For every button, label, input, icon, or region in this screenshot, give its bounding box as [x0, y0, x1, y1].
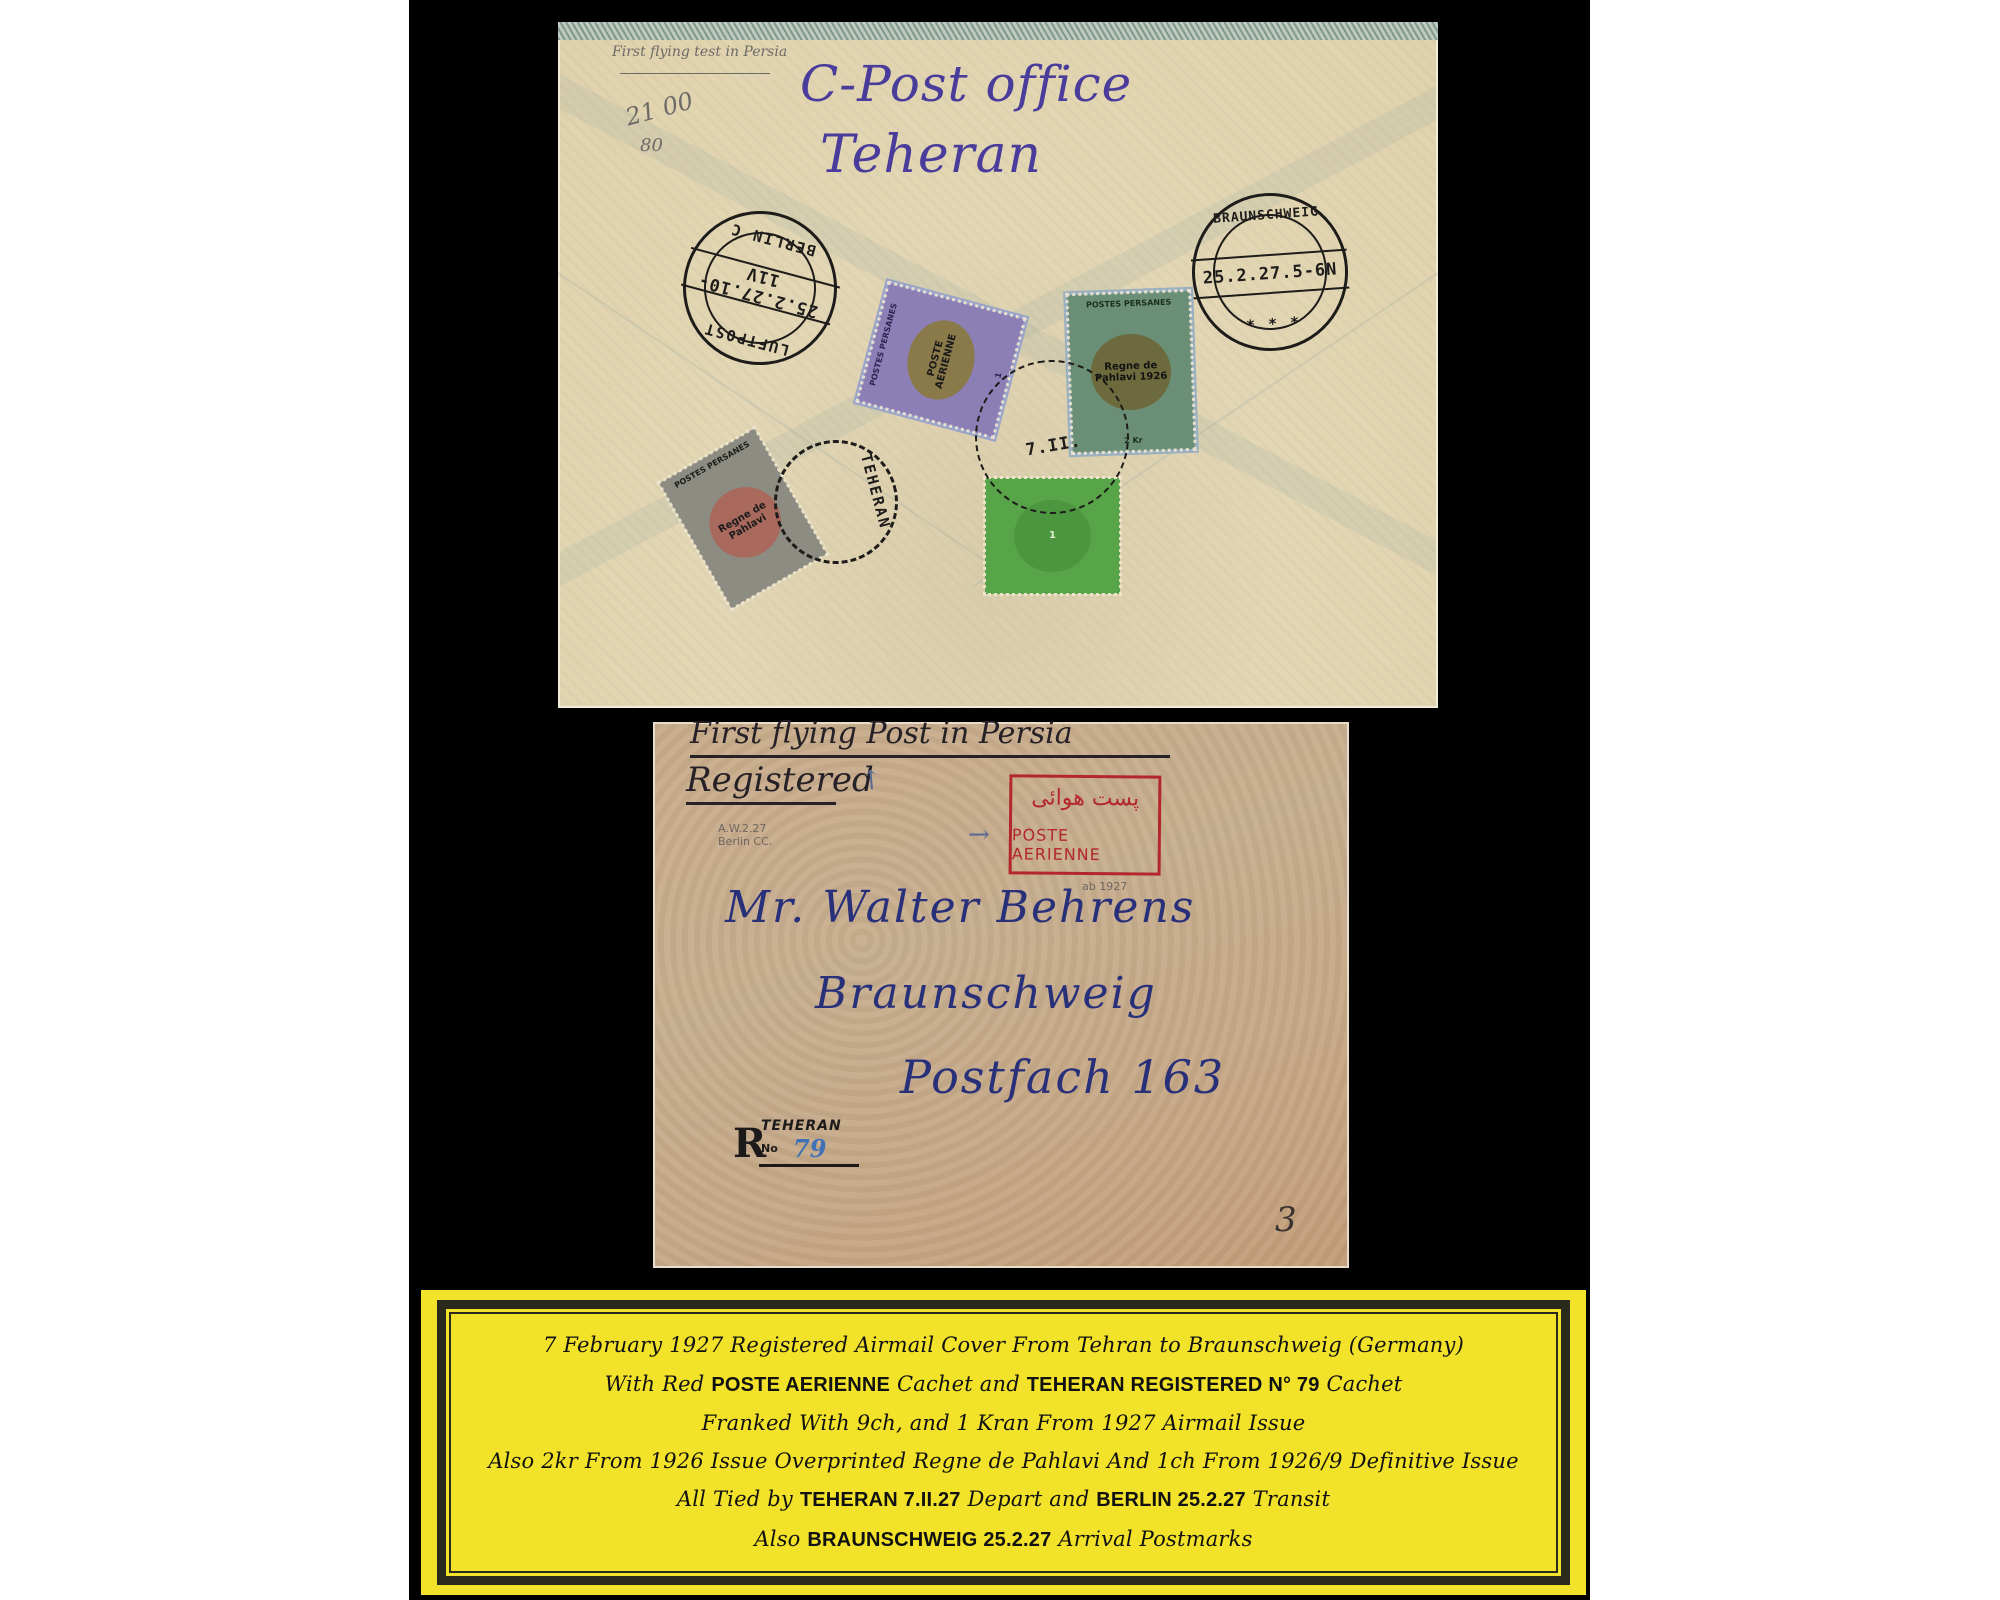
caption-line: All Tied by TEHERAN 7.II.27 Depart and B… [677, 1487, 1330, 1512]
arrow-icon: → [968, 820, 990, 850]
sender-line-2: Teheran [820, 125, 1042, 185]
caption-text: Depart and [961, 1487, 1097, 1511]
caption-text: Franked With 9ch, and 1 Kran From 1927 A… [702, 1411, 1306, 1435]
caption-emphasis: POSTE AERIENNE [711, 1374, 890, 1396]
sender-line-1: C-Post office [800, 55, 1132, 113]
exhibit-caption-card: 7 February 1927 Registered Airmail Cover… [421, 1290, 1586, 1595]
cachet-french-text: POSTE AERIENNE [1012, 826, 1158, 865]
caption-text: Also 2kr From 1926 Issue Overprinted Reg… [488, 1449, 1519, 1473]
address-name: Mr. Walter Behrens [725, 882, 1195, 933]
caption-emphasis: TEHERAN 7.II.27 [800, 1489, 961, 1511]
reg-number: 79 [793, 1134, 826, 1163]
caption-emphasis: TEHERAN REGISTERED N° 79 [1027, 1374, 1320, 1396]
stamp-overprint: POSTE AERIENNE [920, 319, 962, 402]
pencil-price-sub: 80 [640, 135, 663, 156]
caption-line: Also BRAUNSCHWEIG 25.2.27 Arrival Postma… [754, 1527, 1252, 1552]
note-first-flying-post: First flying Post in Persia [690, 716, 1073, 751]
caption-text: Also [754, 1527, 807, 1551]
reg-no-label: No [761, 1142, 778, 1155]
envelope-lining-strip [558, 22, 1438, 40]
teheran-registration-cachet: R TEHERAN No 79 [733, 1118, 863, 1170]
stamp-value: 1 [1049, 530, 1056, 541]
caption-line: Also 2kr From 1926 Issue Overprinted Reg… [488, 1449, 1519, 1473]
caption-text: Cachet [1320, 1372, 1403, 1396]
pencil-note-top: First flying test in Persia [612, 44, 787, 60]
caption-line: Franked With 9ch, and 1 Kran From 1927 A… [702, 1411, 1306, 1435]
caption-text: With Red [605, 1372, 712, 1396]
underline [690, 755, 1170, 758]
reg-underline [759, 1164, 859, 1167]
pencil-receipt-note: A.W.2.27 Berlin CC. [718, 822, 788, 848]
poste-aerienne-cachet: پست هوائی POSTE AERIENNE [1009, 774, 1162, 875]
caption-line: With Red POSTE AERIENNE Cachet and TEHER… [605, 1372, 1403, 1397]
caption-frame: 7 February 1927 Registered Airmail Cover… [437, 1300, 1570, 1585]
postmark-date: 7.II. [974, 415, 1134, 478]
pencil-mark: 3 [1275, 1200, 1297, 1240]
caption-text: 7 February 1927 Registered Airmail Cover… [543, 1333, 1464, 1357]
pencil-underline [620, 73, 770, 74]
underline [686, 802, 836, 805]
caption-text: Transit [1246, 1487, 1330, 1511]
caption-emphasis: BRAUNSCHWEIG 25.2.27 [807, 1529, 1051, 1551]
caption-text: All Tied by [677, 1487, 800, 1511]
stamp-label: POSTES PERSANES [1086, 298, 1172, 310]
stamp-overprint: Regne de Pahlavi [709, 495, 782, 550]
cachet-arabic-text: پست هوائی [1031, 785, 1139, 811]
caption-emphasis: BERLIN 25.2.27 [1096, 1489, 1246, 1511]
caption-text: Cachet and [890, 1372, 1027, 1396]
reg-city: TEHERAN [761, 1118, 842, 1134]
caption-text: Arrival Postmarks [1051, 1527, 1252, 1551]
address-postbox: Postfach 163 [900, 1050, 1225, 1104]
caption-line: 7 February 1927 Registered Airmail Cover… [543, 1333, 1464, 1357]
note-registered: Registered [686, 760, 874, 800]
address-city: Braunschweig [815, 968, 1157, 1019]
stamp-vignette: POSTE AERIENNE [899, 313, 984, 407]
